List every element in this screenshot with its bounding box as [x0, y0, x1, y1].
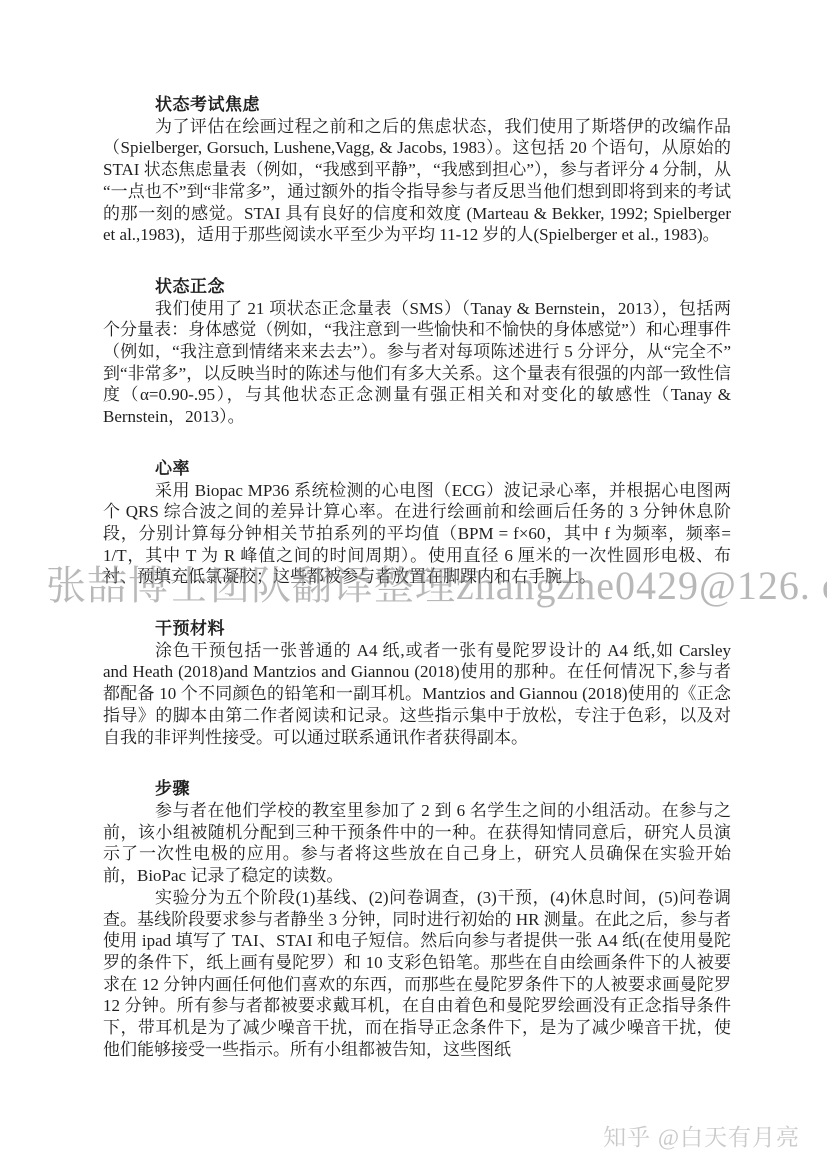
section-paragraph: 我们使用了 21 项状态正念量表（SMS）（Tanay & Bernstein，…	[103, 298, 731, 428]
document-body: 状态考试焦虑 为了评估在绘画过程之前和之后的焦虑状态，我们使用了斯塔伊的改编作品…	[103, 94, 731, 1060]
section-state-test-anxiety: 状态考试焦虑 为了评估在绘画过程之前和之后的焦虑状态，我们使用了斯塔伊的改编作品…	[103, 94, 731, 246]
section-state-mindfulness: 状态正念 我们使用了 21 项状态正念量表（SMS）（Tanay & Berns…	[103, 276, 731, 428]
section-heading-heart-rate: 心率	[103, 458, 731, 480]
section-paragraph: 涂色干预包括一张普通的 A4 纸,或者一张有曼陀罗设计的 A4 纸,如 Cars…	[103, 640, 731, 749]
section-paragraph: 实验分为五个阶段(1)基线、(2)问卷调查，(3)干预，(4)休息时间，(5)问…	[103, 887, 731, 1061]
section-heading-procedure: 步骤	[103, 778, 731, 800]
section-intervention-materials: 干预材料 涂色干预包括一张普通的 A4 纸,或者一张有曼陀罗设计的 A4 纸,如…	[103, 618, 731, 748]
section-heart-rate: 心率 采用 Biopac MP36 系统检测的心电图（ECG）波记录心率，并根据…	[103, 458, 731, 588]
section-heading-intervention-materials: 干预材料	[103, 618, 731, 640]
section-paragraph: 为了评估在绘画过程之前和之后的焦虑状态，我们使用了斯塔伊的改编作品（Spielb…	[103, 116, 731, 246]
section-heading-state-test-anxiety: 状态考试焦虑	[103, 94, 731, 116]
zhihu-watermark: 知乎 @白天有月亮	[603, 1119, 800, 1152]
section-heading-state-mindfulness: 状态正念	[103, 276, 731, 298]
section-procedure: 步骤 参与者在他们学校的教室里参加了 2 到 6 名学生之间的小组活动。在参与之…	[103, 778, 731, 1060]
section-paragraph: 参与者在他们学校的教室里参加了 2 到 6 名学生之间的小组活动。在参与之前，该…	[103, 800, 731, 887]
document-page: 状态考试焦虑 为了评估在绘画过程之前和之后的焦虑状态，我们使用了斯塔伊的改编作品…	[0, 0, 827, 1170]
section-paragraph: 采用 Biopac MP36 系统检测的心电图（ECG）波记录心率，并根据心电图…	[103, 480, 731, 589]
